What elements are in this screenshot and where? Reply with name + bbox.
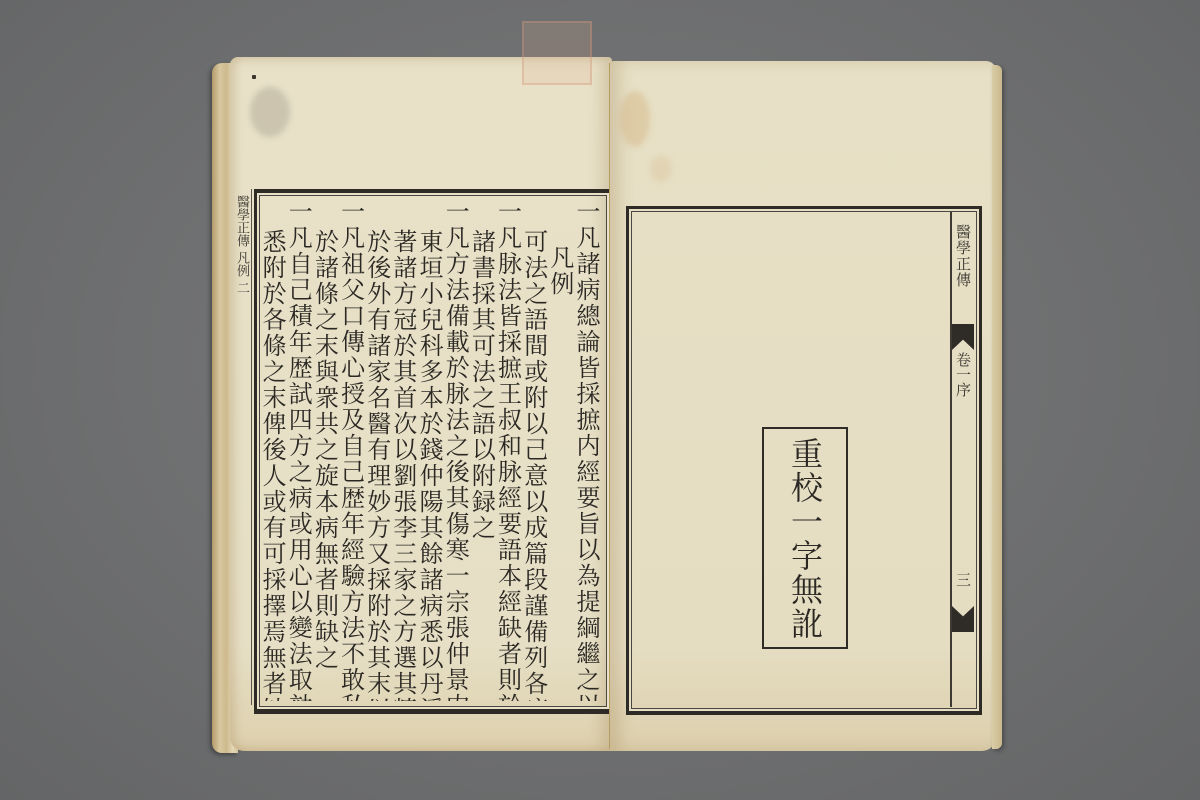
right-page-stack bbox=[992, 65, 1002, 749]
title-label-text: 重校一字無訛 bbox=[785, 437, 825, 641]
fish-tail-bottom-icon bbox=[952, 606, 974, 632]
block-heart-book-title: 醫學正傳 bbox=[954, 224, 974, 288]
title-label-box: 重校一字無訛 bbox=[762, 427, 848, 649]
text-column-5: 一凡方法備載於脉法之後其傷寒一宗張仲景内傷一宗李 bbox=[446, 199, 472, 701]
left-edge-strip: 醫學正傳 凡例 二 bbox=[232, 189, 252, 705]
right-print-frame: 重校一字無訛 醫學正傳 卷一序 三 bbox=[626, 206, 982, 715]
text-column-3: 一凡脉法皆採摭王叔和脉經要語本經缺者則於歴代名醫 bbox=[498, 199, 524, 701]
library-stamp bbox=[522, 21, 592, 85]
water-stain bbox=[650, 156, 672, 182]
text-column-2: 可法之語間或附以己意以成篇段謹備列各病之首 bbox=[525, 199, 551, 701]
left-print-frame: 一凡諸病總論皆採摭内經要旨以為提綱繼之以歴代名醫 凡例 可法之語間或附以己意以成… bbox=[254, 189, 612, 714]
text-column-10: 於諸條之末與衆共之旋本病無者則缺之 bbox=[315, 199, 341, 701]
text-column-12: 悉附於各條之末俾後人或有可採擇焉無者缺之 bbox=[263, 199, 289, 701]
text-column-4: 諸書採其可法之語以附録之 bbox=[472, 199, 498, 701]
text-column-9: 一凡祖父口傳心授及自己歴年經驗方法不敢私蔵悉皆附 bbox=[341, 199, 367, 701]
left-page: 醫學正傳 凡例 二 一凡諸病總論皆採摭内經要旨以為提綱繼之以歴代名醫 凡例 可法… bbox=[230, 57, 612, 751]
text-column-6: 東垣小兒科多本於錢仲陽其餘諸病悉以丹溪要語及所 bbox=[420, 199, 446, 701]
text-columns: 一凡諸病總論皆採摭内經要旨以為提綱繼之以歴代名醫 凡例 可法之語間或附以己意以成… bbox=[263, 199, 603, 701]
section-heading: 凡例 bbox=[551, 199, 577, 701]
ink-dot bbox=[252, 75, 256, 79]
text-column-7: 著諸方冠於其首次以劉張李三家之方選其精粹者繼之 bbox=[394, 199, 420, 701]
smudge bbox=[250, 87, 290, 137]
block-heart-strip: 醫學正傳 卷一序 三 bbox=[950, 212, 976, 707]
water-stain bbox=[620, 91, 650, 147]
text-column-11: 一凡自己積年歴試四方之病或用心以變法取効而治愈者 bbox=[289, 199, 315, 701]
block-heart-chapter: 卷一序 bbox=[954, 352, 974, 397]
block-heart-folio-number: 三 bbox=[954, 572, 974, 587]
text-column-1: 一凡諸病總論皆採摭内經要旨以為提綱繼之以歴代名醫 bbox=[577, 199, 603, 701]
text-column-8: 於後外有諸家名醫有理妙方又採附於其末以備參攷 bbox=[368, 199, 394, 701]
fish-tail-top-icon bbox=[952, 324, 974, 350]
right-page: 重校一字無訛 醫學正傳 卷一序 三 bbox=[610, 61, 996, 751]
open-book: 醫學正傳 凡例 二 一凡諸病總論皆採摭内經要旨以為提綱繼之以歴代名醫 凡例 可法… bbox=[212, 55, 1008, 755]
